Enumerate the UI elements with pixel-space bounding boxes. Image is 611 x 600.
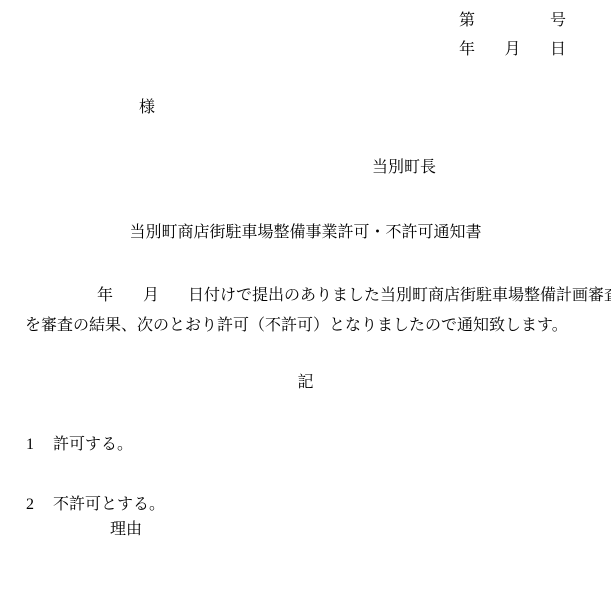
item-2-text: 不許可とする。	[53, 496, 165, 514]
body-line1-text: 日付けで提出のありました当別町商店街駐車場整備計画審査書	[188, 287, 611, 305]
date-day-label: 日	[550, 41, 566, 59]
body-line2: を審査の結果、次のとおり許可（不許可）となりましたので通知致します。	[25, 317, 568, 335]
doc-number-prefix: 第	[459, 12, 475, 30]
date-line: 年 月 日	[459, 41, 566, 59]
doc-number-suffix: 号	[550, 12, 566, 30]
document-page: 第 号 年 月 日 様 当別町長 当別町商店街駐車場整備事業許可・不許可通知書 …	[0, 0, 611, 600]
date-year-label: 年	[459, 41, 475, 59]
body-year-label: 年	[97, 287, 113, 305]
addressee-honorific: 様	[139, 99, 155, 117]
list-header-ki: 記	[0, 374, 611, 392]
document-title: 当別町商店街駐車場整備事業許可・不許可通知書	[0, 224, 611, 242]
item-1-number: 1	[26, 436, 34, 454]
sender-name: 当別町長	[372, 159, 436, 177]
item-2-number: 2	[26, 496, 34, 514]
doc-number-line: 第 号	[459, 12, 566, 30]
reason-label: 理由	[110, 521, 142, 539]
item-1-text: 許可する。	[53, 436, 133, 454]
body-month-label: 月	[143, 287, 159, 305]
date-month-label: 月	[504, 41, 520, 59]
